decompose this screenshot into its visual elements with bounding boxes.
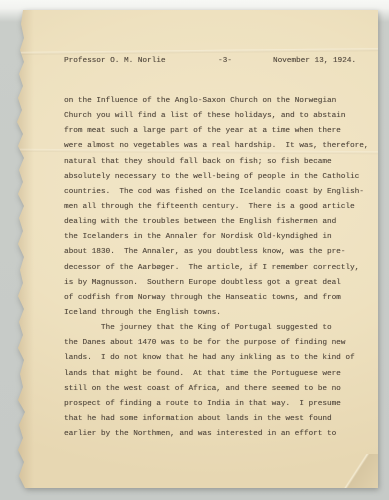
text-line: Iceland through the English towns. (64, 306, 376, 321)
folded-corner (324, 454, 378, 488)
letter-date: November 13, 1924. (273, 57, 356, 65)
recipient-name: Professor O. M. Norlie (64, 57, 166, 65)
text-line: still on the west coast of Africa, and t… (64, 382, 376, 397)
text-line: the Icelanders in the Annaler for Nordis… (64, 230, 376, 245)
text-line: earlier by the Northmen, and was interes… (64, 427, 376, 442)
paper-crease-top (14, 48, 378, 55)
text-line: dealing with the troubles between the En… (64, 215, 376, 230)
text-line: natural that they should fall back on fi… (64, 155, 376, 170)
text-line: is by Magnusson. Southern Europe doubtle… (64, 276, 376, 291)
text-line: from meat such a large part of the year … (64, 124, 376, 139)
text-line: countries. The cod was fished on the Ice… (64, 185, 376, 200)
page-header: Professor O. M. Norlie -3- November 13, … (64, 57, 356, 69)
text-line: The journey that the King of Portugal su… (64, 321, 376, 336)
text-line: absolutely necessary to the well-being o… (64, 170, 376, 185)
text-line: about 1830. The Annaler, as you doubtles… (64, 245, 376, 260)
text-line: Church you will find a list of these hol… (64, 109, 376, 124)
page-number: -3- (218, 57, 232, 65)
letter-paper: Professor O. M. Norlie -3- November 13, … (14, 10, 378, 488)
letter-paper-wrapper: Professor O. M. Norlie -3- November 13, … (14, 10, 378, 488)
text-line: prospect of finding a route to India in … (64, 397, 376, 412)
torn-edge-shading (14, 10, 34, 488)
text-line: on the Influence of the Anglo-Saxon Chur… (64, 94, 376, 109)
text-line: lands. I do not know that he had any ink… (64, 351, 376, 366)
text-line: the Danes about 1470 was to be for the p… (64, 336, 376, 351)
text-line: men all through the fifteenth century. T… (64, 200, 376, 215)
letter-body: on the Influence of the Anglo-Saxon Chur… (64, 94, 376, 442)
text-line: were almost no vegetables was a real har… (64, 139, 376, 154)
scanned-letter-page: { "document": { "header": { "recipient":… (0, 0, 389, 500)
text-line: of codfish from Norway through the Hanse… (64, 291, 376, 306)
text-line: that he had some information about lands… (64, 412, 376, 427)
text-line: lands that might be found. At that time … (64, 367, 376, 382)
text-line: decessor of the Aarbøger. The article, i… (64, 261, 376, 276)
